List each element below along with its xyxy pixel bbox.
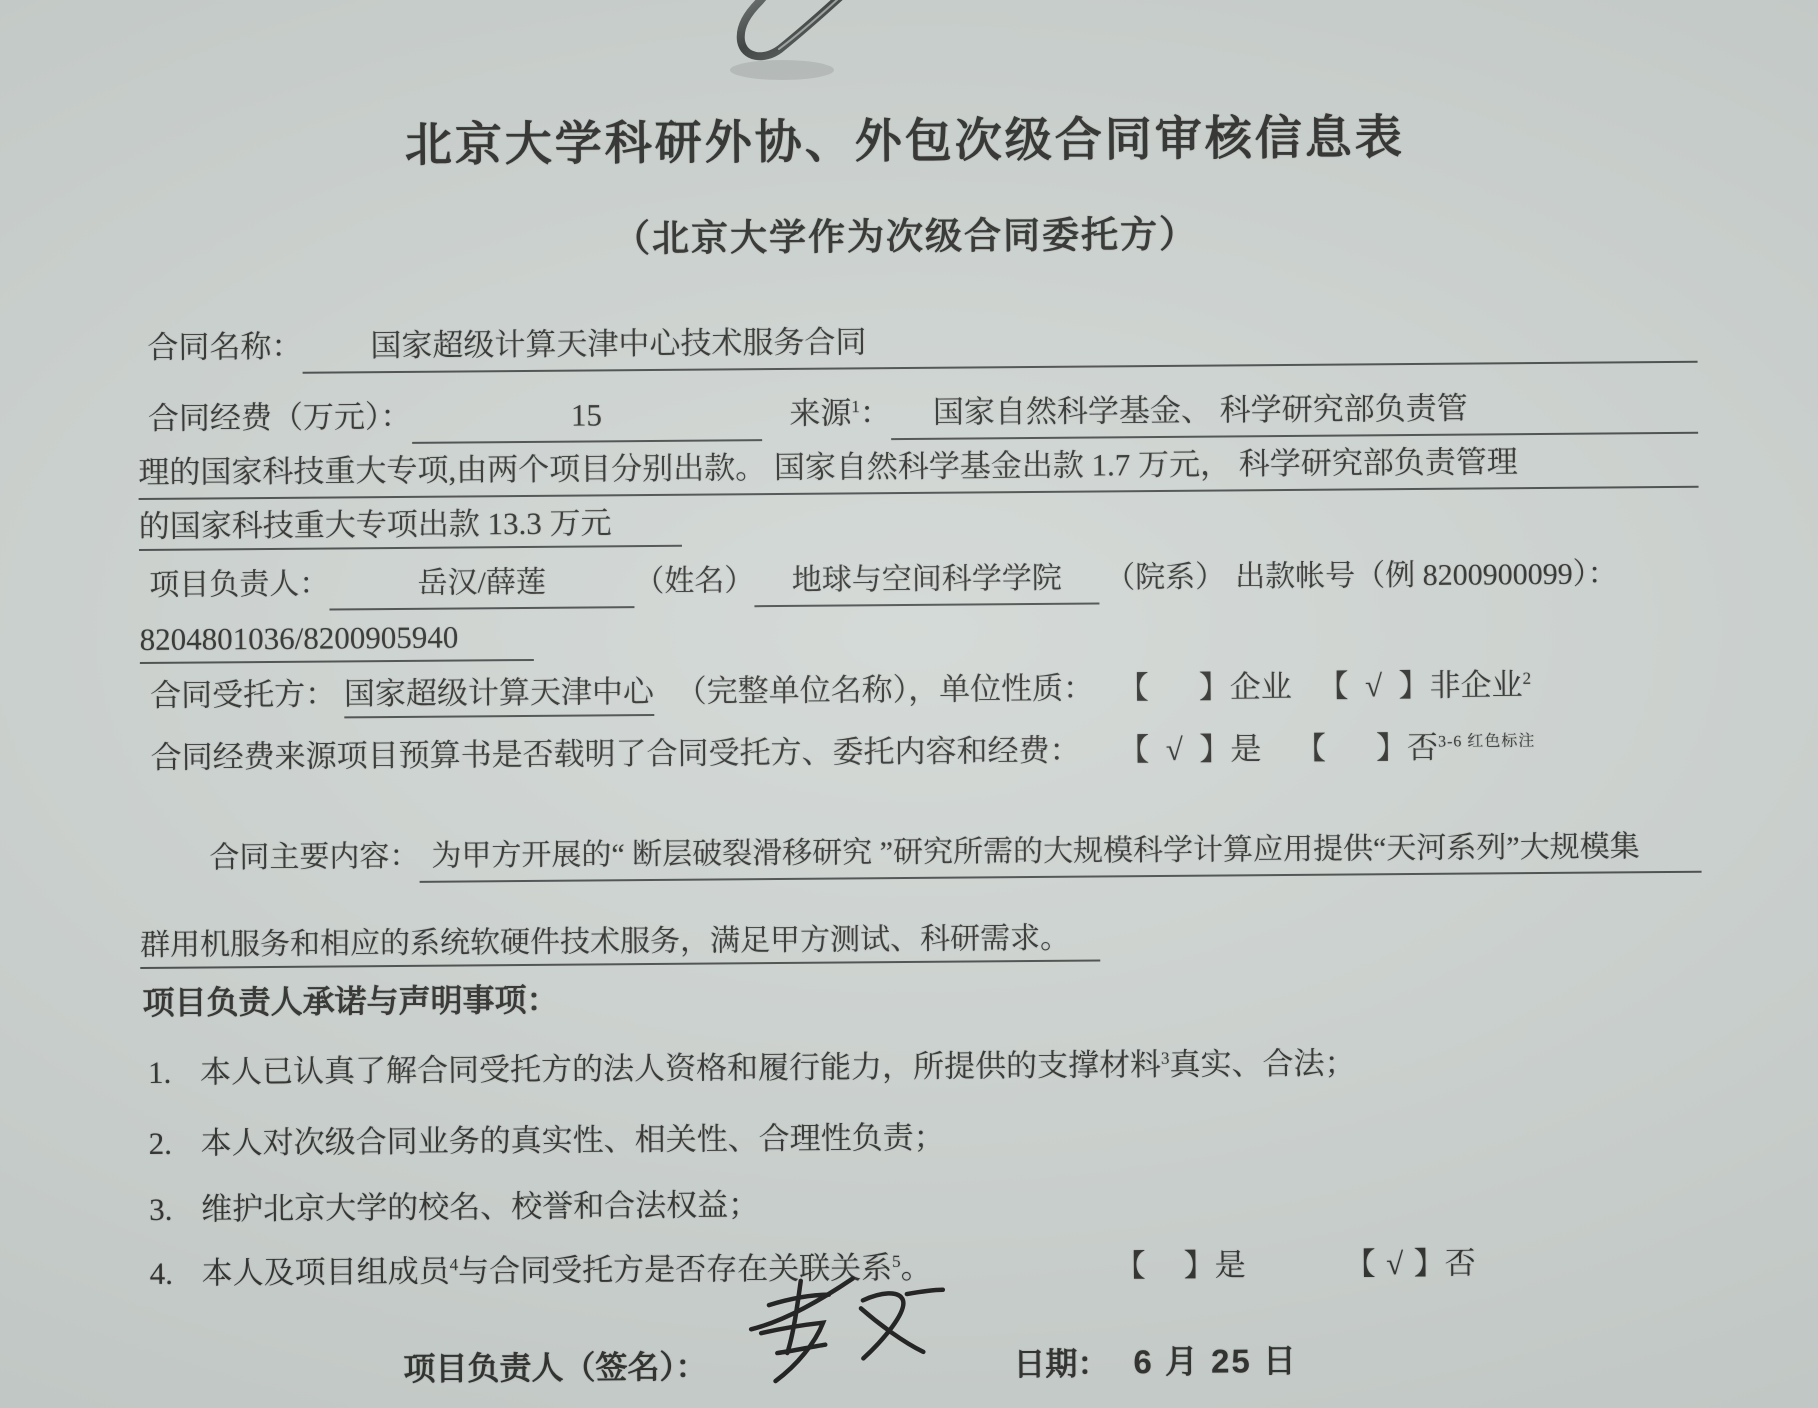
- contract-name-row: 合同名称： 国家超级计算天津中心技术服务合同: [147, 316, 1697, 375]
- item-text: 维护北京大学的校名、校誉和合法权益；: [201, 1187, 759, 1226]
- non-enterprise-checkbox: 【√】非企业2: [1299, 665, 1531, 707]
- declaration-item-2: 2.本人对次级合同业务的真实性、相关性、合理性负责；: [148, 1112, 1703, 1165]
- budget-yes-checkbox: 【√】是: [1088, 729, 1261, 771]
- main-content-row: 合同主要内容： 为甲方开展的“ 断层破裂滑移研究 ”研究所需的大规模科学计算应用…: [151, 827, 1701, 885]
- footnote-3-6: 3-6 红色标注: [1438, 733, 1535, 751]
- form-subtitle: （北京大学作为次级合同委托方）: [0, 199, 1815, 267]
- budget-yes-mark: √: [1149, 730, 1199, 771]
- relation-no-label: 否: [1444, 1246, 1475, 1281]
- signature-label: 项目负责人（签名）：: [403, 1342, 707, 1390]
- form-title: 北京大学科研外协、外包次级合同审核信息表: [0, 97, 1814, 178]
- declaration-item-3: 3.维护北京大学的校名、校誉和合法权益；: [149, 1178, 1704, 1231]
- trustee-row: 合同受托方： 国家超级计算天津中心 （完整单位名称），单位性质： 【】企业 【√…: [150, 664, 1700, 716]
- account-row: 8204801036/8200905940: [140, 608, 1700, 661]
- source-value-line2: 理的国家科技重大专项,由两个项目分别出款。 国家自然科学基金出款 1.7 万元，…: [138, 441, 1698, 501]
- pi-label: 项目负责人：: [149, 565, 329, 605]
- enterprise-label: 企业: [1230, 669, 1292, 704]
- budget-yes-label: 是: [1230, 731, 1261, 766]
- date-label: 日期：: [1013, 1338, 1109, 1385]
- footnote-4: 4: [450, 1255, 459, 1274]
- source-row-3: 的国家科技重大专项出款 13.3 万元: [139, 495, 1699, 548]
- non-enterprise-checkbox-mark: √: [1348, 666, 1398, 707]
- funding-label: 合同经费（万元）：: [148, 397, 412, 439]
- source-value-line3: 的国家科技重大专项出款 13.3 万元: [139, 505, 682, 551]
- account-label: 出款帐号（例 8200900099）：: [1225, 554, 1618, 596]
- footnote-3: 3: [1161, 1049, 1170, 1068]
- enterprise-checkbox: 【】企业: [1102, 667, 1292, 709]
- relation-yes-checkbox: 【】是: [1114, 1245, 1245, 1286]
- relation-no-checkbox: 【√】否: [1344, 1244, 1475, 1285]
- budget-no-checkbox: 【】否3-6 红色标注: [1269, 727, 1536, 769]
- budget-question-text: 合同经费来源项目预算书是否载明了合同受托方、委托内容和经费：: [150, 733, 1080, 775]
- item-number: 1.: [148, 1053, 200, 1094]
- pi-row: 项目负责人： 岳汉/薛莲 （姓名） 地球与空间科学学院 （院系） 出款帐号（例 …: [149, 554, 1699, 612]
- source-label: 来源1：: [761, 393, 891, 434]
- relation-no-mark: √: [1375, 1244, 1413, 1285]
- main-content-line2: 群用机服务和相应的系统软硬件技术服务，满足甲方测试、科研需求。: [140, 922, 1100, 970]
- funding-amount: 15: [411, 394, 761, 444]
- pi-names: 岳汉/薛莲: [329, 562, 634, 610]
- trustee-value: 国家超级计算天津中心: [344, 674, 654, 718]
- pi-department: 地球与空间科学学院: [754, 559, 1099, 608]
- pi-dept-note: （院系）: [1099, 558, 1225, 598]
- declaration-item-1: 1.本人已认真了解合同受托方的法人资格和履行能力，所提供的支撑材料3真实、合法；: [148, 1041, 1703, 1094]
- trustee-label: 合同受托方：: [150, 677, 336, 713]
- non-enterprise-label: 非企业: [1429, 667, 1522, 703]
- signature-handwriting: [745, 1268, 976, 1395]
- item-number: 2.: [148, 1124, 200, 1165]
- trustee-note: （完整单位名称），单位性质：: [661, 671, 1094, 709]
- main-content-line1: 为甲方开展的“ 断层破裂滑移研究 ”研究所需的大规模科学计算应用提供“天河系列”…: [419, 827, 1701, 883]
- funding-row: 合同经费（万元）： 15 来源1： 国家自然科学基金、 科学研究部负责管: [148, 387, 1698, 446]
- source-row-2: 理的国家科技重大专项,由两个项目分别出款。 国家自然科学基金出款 1.7 万元，…: [138, 441, 1698, 501]
- pi-name-note: （姓名）: [634, 561, 754, 601]
- source-value-line1: 国家自然科学基金、 科学研究部负责管: [891, 387, 1698, 441]
- contract-name-value: 国家超级计算天津中心技术服务合同: [302, 316, 1697, 374]
- budget-no-label: 否: [1407, 730, 1438, 765]
- contract-name-label: 合同名称：: [147, 327, 302, 369]
- declarations-heading: 项目负责人承诺与声明事项：: [142, 971, 1702, 1025]
- account-value: 8204801036/8200905940: [140, 619, 534, 664]
- photographed-document: 北京大学科研外协、外包次级合同审核信息表 （北京大学作为次级合同委托方） 合同名…: [0, 0, 1818, 1408]
- main-content-label: 合同主要内容：: [151, 837, 419, 878]
- item-text: 本人已认真了解合同受托方的法人资格和履行能力，所提供的支撑材料3真实、合法；: [200, 1046, 1356, 1090]
- footnote-2: 2: [1522, 669, 1531, 688]
- date-value: 6 月 25 日: [1133, 1335, 1298, 1383]
- main-content-row-2: 群用机服务和相应的系统软硬件技术服务，满足甲方测试、科研需求。: [140, 914, 1702, 965]
- footnote-1: 1: [851, 397, 860, 416]
- item-number: 4.: [150, 1254, 202, 1295]
- item-number: 3.: [149, 1190, 201, 1231]
- form-document: 北京大学科研外协、外包次级合同审核信息表 （北京大学作为次级合同委托方） 合同名…: [0, 0, 1818, 1408]
- item-text: 本人对次级合同业务的真实性、相关性、合理性负责；: [201, 1120, 945, 1161]
- budget-question-row: 合同经费来源项目预算书是否载明了合同受托方、委托内容和经费： 【√】是 【】否3…: [150, 726, 1700, 778]
- relation-yes-label: 是: [1215, 1247, 1246, 1282]
